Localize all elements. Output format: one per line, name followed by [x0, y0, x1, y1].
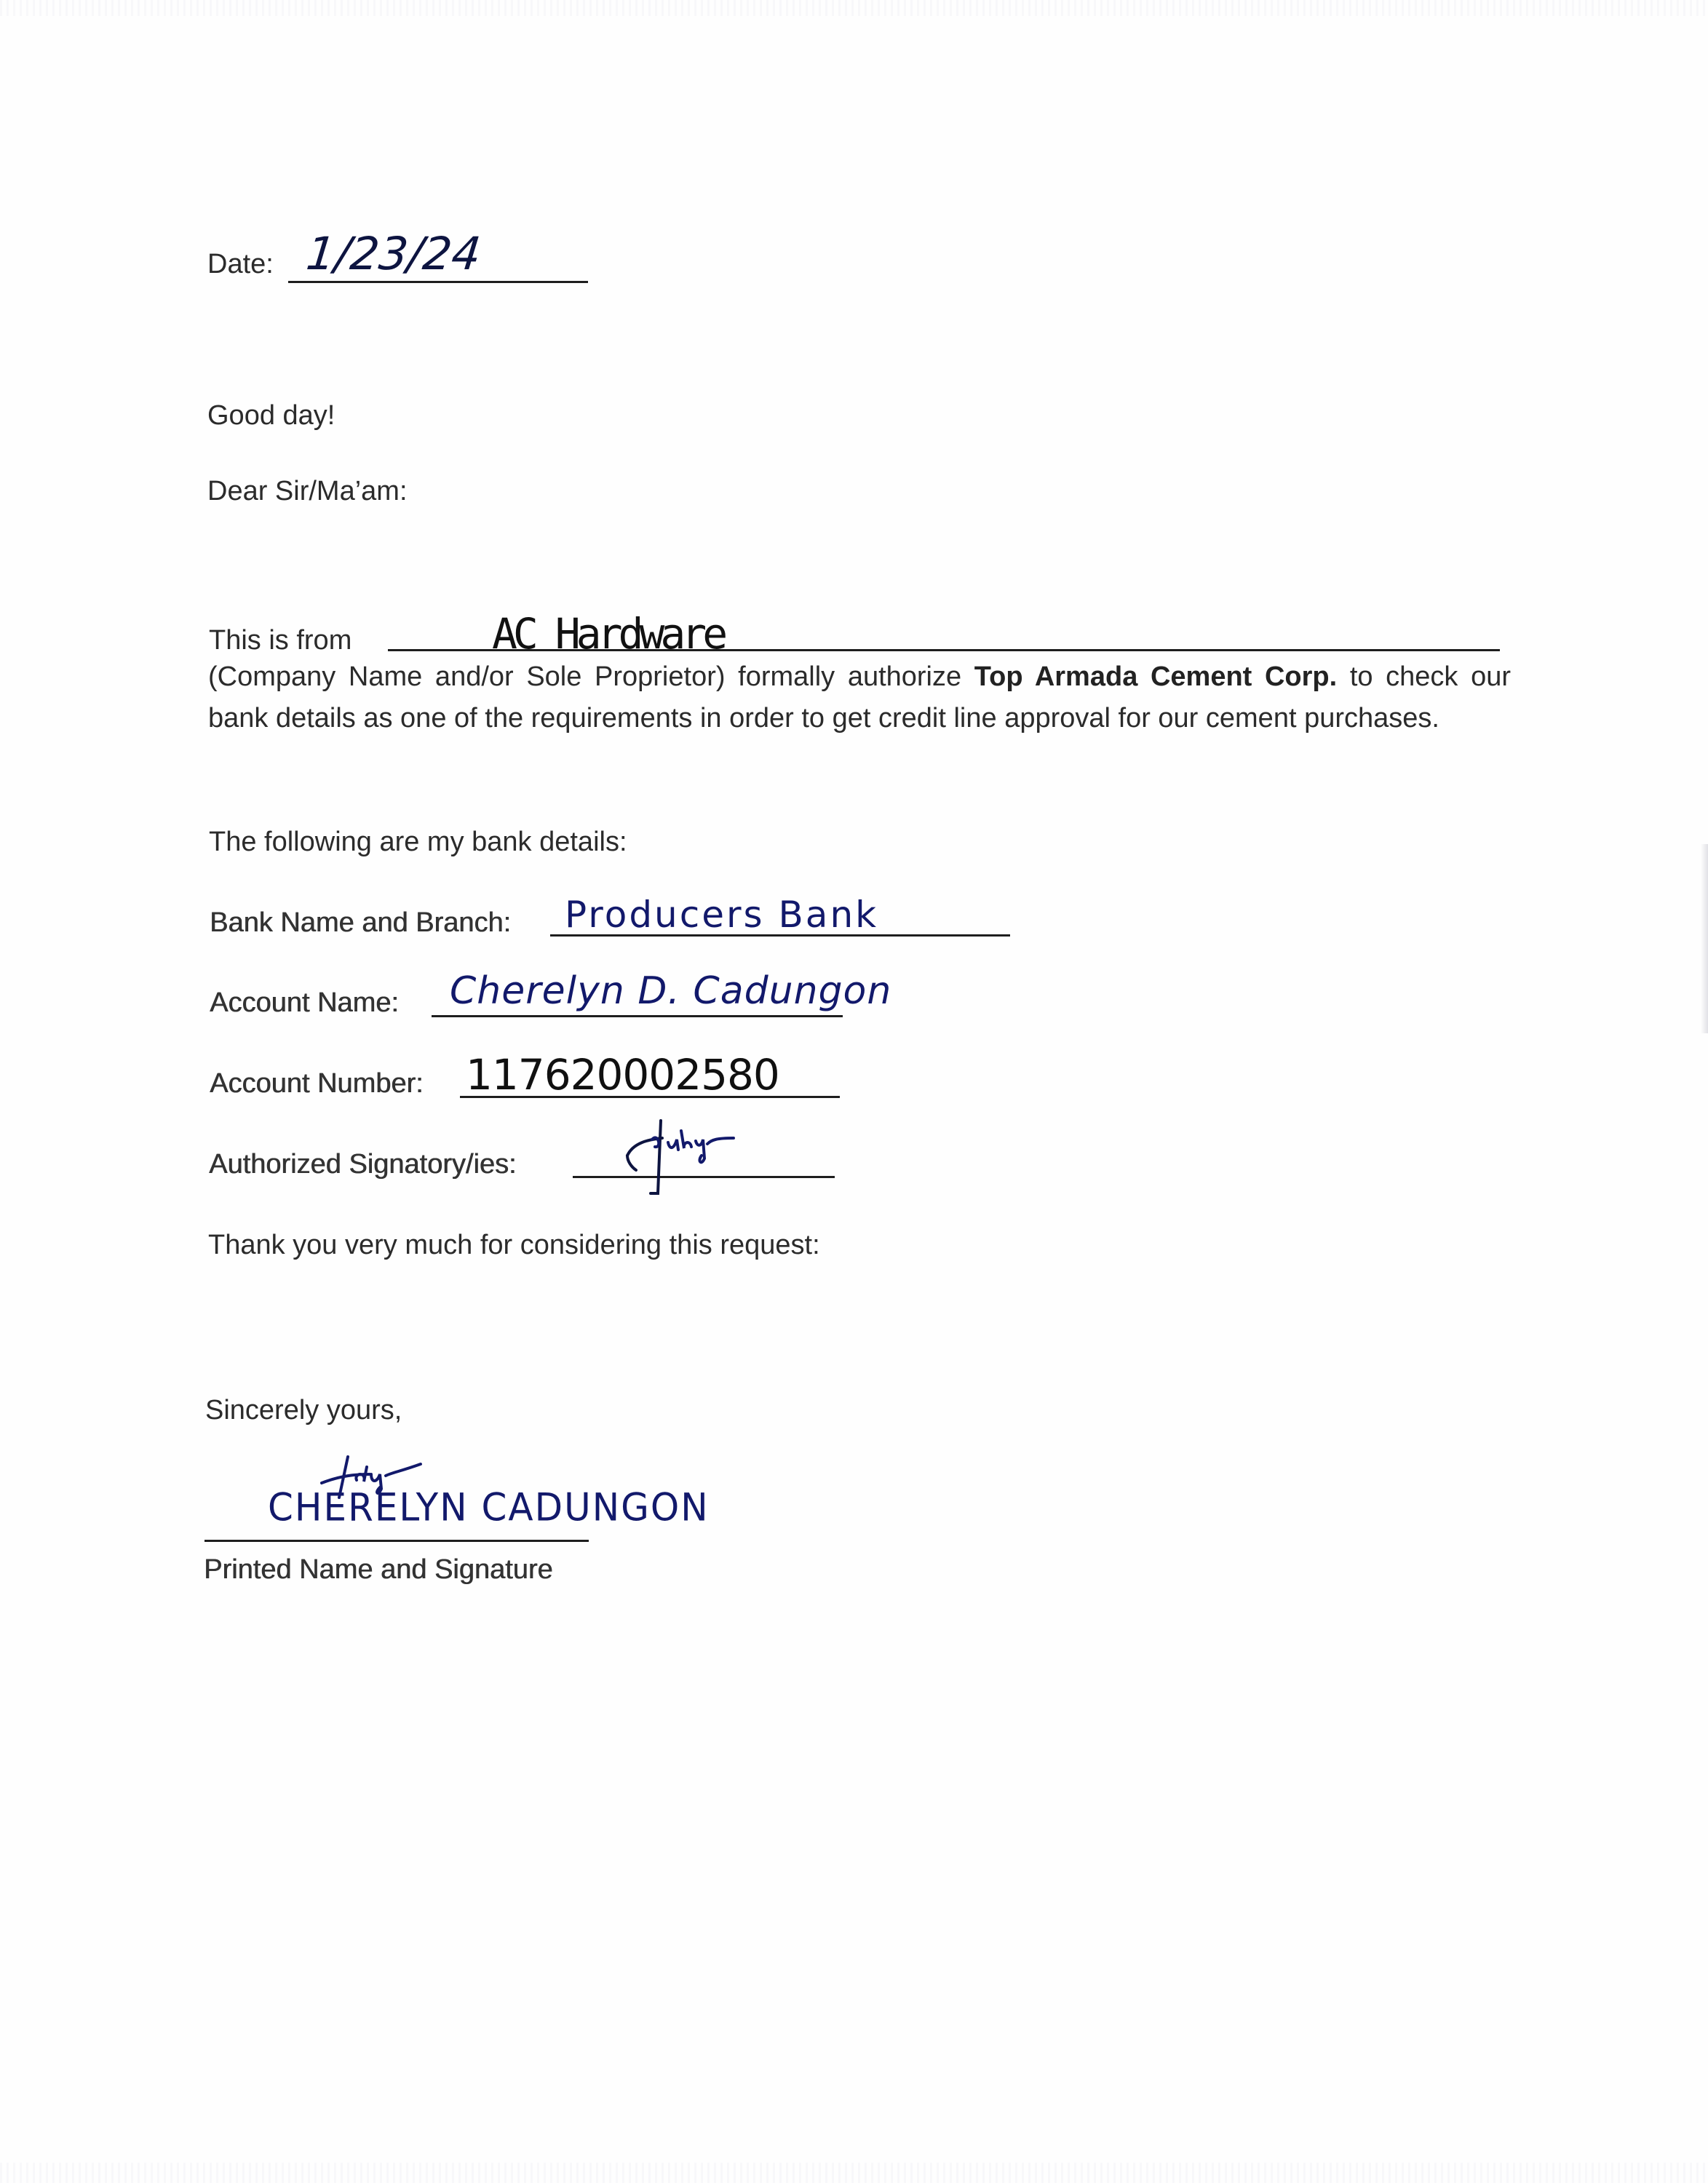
authorization-paragraph: (Company Name and/or Sole Proprietor) fo…: [208, 656, 1511, 739]
scanned-letter-page: Date: 1/23/24 Good day! Dear Sir/Ma’am: …: [0, 0, 1708, 2183]
scan-artifact-bottom: [0, 2163, 1708, 2183]
printed-name-caption: Printed Name and Signature: [204, 1556, 553, 1583]
date-label: Date:: [207, 250, 274, 278]
bank-details-intro: The following are my bank details:: [209, 828, 627, 856]
closing-line: Sincerely yours,: [205, 1396, 402, 1424]
printed-name-handwritten: CHERELYN CADUNGON: [268, 1489, 710, 1527]
account-name-label: Account Name:: [210, 989, 399, 1017]
greeting: Good day!: [207, 402, 335, 429]
bank-name-label: Bank Name and Branch:: [210, 909, 511, 937]
authorized-signatory-label: Authorized Signatory/ies:: [209, 1150, 516, 1178]
page-edge-shadow: [1701, 844, 1708, 1033]
authorization-text-before: (Company Name and/or Sole Proprietor) fo…: [208, 661, 974, 692]
bank-name-handwritten: Producers Bank: [565, 896, 878, 933]
salutation: Dear Sir/Ma’am:: [207, 477, 408, 505]
account-number-label: Account Number:: [210, 1070, 424, 1097]
scan-artifact-top: [0, 0, 1708, 16]
account-number-handwritten: 117620002580: [466, 1054, 779, 1096]
from-label: This is from: [209, 627, 351, 654]
authorized-company-name: Top Armada Cement Corp.: [974, 661, 1337, 692]
account-name-underline: [432, 1015, 843, 1017]
thank-you-line: Thank you very much for considering this…: [208, 1231, 820, 1259]
company-handwritten: AC Hardware: [492, 613, 723, 655]
authorized-signature-icon: [626, 1118, 757, 1198]
signature-underline: [204, 1540, 589, 1542]
date-underline: [288, 281, 588, 283]
account-name-handwritten: Cherelyn D. Cadungon: [450, 972, 891, 1010]
date-handwritten: 1/23/24: [304, 231, 483, 277]
